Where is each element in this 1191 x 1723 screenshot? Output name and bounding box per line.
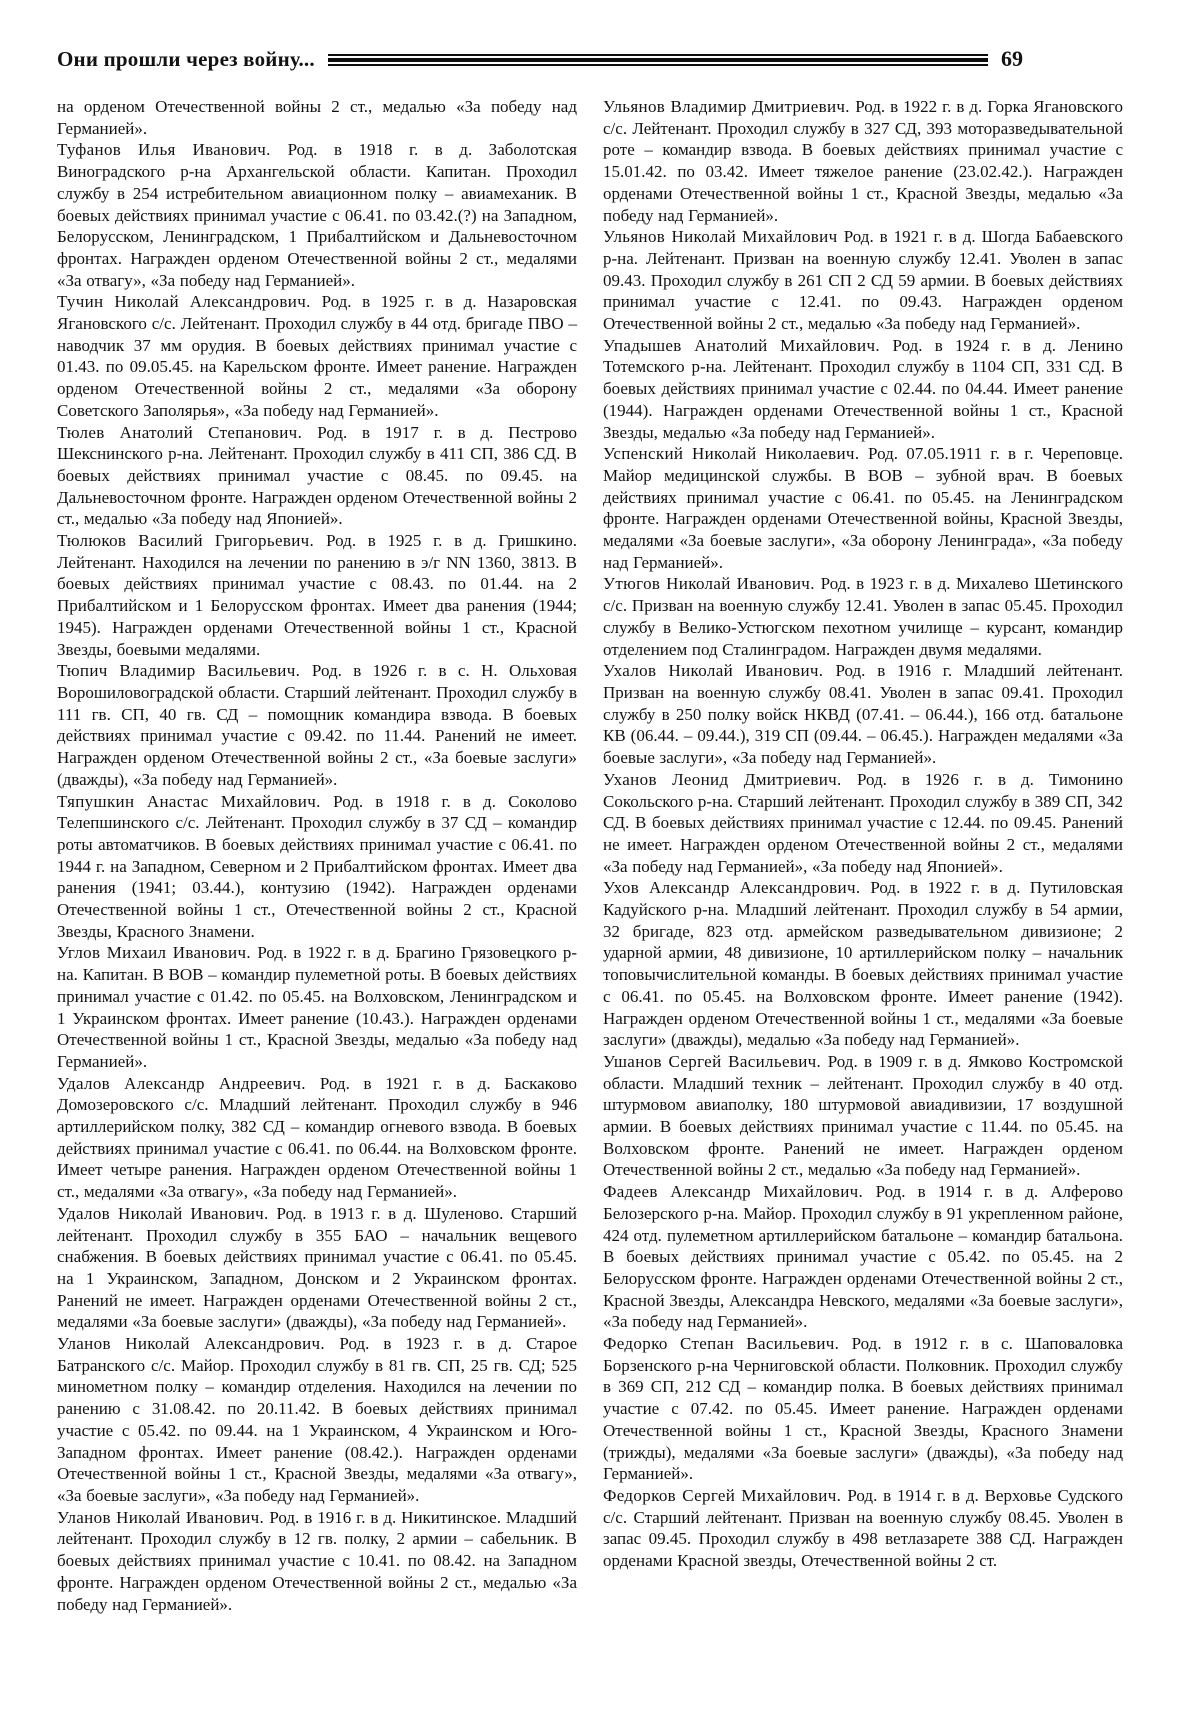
veteran-entry: Уханов Леонид Дмитриевич. Род. в 1926 г.… bbox=[603, 769, 1123, 878]
veteran-name: Ухов Александр Александрович. bbox=[603, 878, 870, 897]
running-title: Они прошли через войну... bbox=[57, 47, 315, 72]
veteran-entry: Тучин Николай Александрович. Род. в 1925… bbox=[57, 291, 577, 421]
veteran-entry: Тяпушкин Анастас Михайлович. Род. в 1918… bbox=[57, 791, 577, 943]
right-column: Ульянов Владимир Дмитриевич. Род. в 1922… bbox=[603, 96, 1123, 1615]
veteran-name: Федорко Степан Васильевич. bbox=[603, 1334, 852, 1353]
veteran-name: Упадышев Анатолий Михайлович. bbox=[603, 336, 893, 355]
veteran-entry: Углов Михаил Иванович. Род. в 1922 г. в … bbox=[57, 942, 577, 1072]
veteran-entry: Ухалов Николай Иванович. Род. в 1916 г. … bbox=[603, 660, 1123, 769]
veteran-entry: Ушанов Сергей Васильевич. Род. в 1909 г.… bbox=[603, 1051, 1123, 1181]
veteran-name: Уханов Леонид Дмитриевич. bbox=[603, 770, 857, 789]
veteran-name: Утюгов Николай Иванович. bbox=[603, 574, 821, 593]
veteran-name: Тучин Николай Александрович. bbox=[57, 292, 322, 311]
veteran-entry: Удалов Александр Андреевич. Род. в 1921 … bbox=[57, 1073, 577, 1203]
veteran-name: Ульянов Владимир Дмитриевич. bbox=[603, 97, 855, 116]
text-columns: на орденом Отечественной войны 2 ст., ме… bbox=[57, 96, 1130, 1615]
veteran-entry: Туфанов Илья Иванович. Род. в 1918 г. в … bbox=[57, 139, 577, 291]
veteran-name: Тюлев Анатолий Степанович. bbox=[57, 423, 317, 442]
book-page: Они прошли через войну... 69 на орденом … bbox=[0, 0, 1191, 1723]
veteran-entry: Ухов Александр Александрович. Род. в 192… bbox=[603, 877, 1123, 1051]
veteran-entry: Федорко Степан Васильевич. Род. в 1912 г… bbox=[603, 1333, 1123, 1485]
veteran-entry: Утюгов Николай Иванович. Род. в 1923 г. … bbox=[603, 573, 1123, 660]
veteran-entry: Тюлюков Василий Григорьевич. Род. в 1925… bbox=[57, 530, 577, 660]
veteran-entry: Ульянов Владимир Дмитриевич. Род. в 1922… bbox=[603, 96, 1123, 226]
veteran-name: Федорков Сергей Михайлович. bbox=[603, 1486, 847, 1505]
veteran-entry: Тюпич Владимир Васильевич. Род. в 1926 г… bbox=[57, 660, 577, 790]
veteran-name: Фадеев Александр Михайлович. bbox=[603, 1182, 876, 1201]
veteran-name: Тюлюков Василий Григорьевич. bbox=[57, 531, 326, 550]
veteran-entry: Тюлев Анатолий Степанович. Род. в 1917 г… bbox=[57, 422, 577, 531]
veteran-name: Успенский Николай Николаевич. bbox=[603, 444, 868, 463]
page-number: 69 bbox=[1001, 46, 1023, 72]
veteran-name: Уланов Николай Иванович. bbox=[57, 1508, 269, 1527]
veteran-name: Удалов Александр Андреевич. bbox=[57, 1074, 320, 1093]
veteran-name: Углов Михаил Иванович. bbox=[57, 943, 257, 962]
veteran-entry: Удалов Николай Иванович. Род. в 1913 г. … bbox=[57, 1203, 577, 1333]
veteran-name: Туфанов Илья Иванович. bbox=[57, 140, 288, 159]
veteran-entry: Федорков Сергей Михайлович. Род. в 1914 … bbox=[603, 1485, 1123, 1572]
veteran-name: Ульянов Николай Михайлович bbox=[603, 227, 844, 246]
veteran-name: Ухалов Николай Иванович. bbox=[603, 661, 835, 680]
veteran-entry: Ульянов Николай Михайлович Род. в 1921 г… bbox=[603, 226, 1123, 335]
veteran-name: Удалов Николай Иванович. bbox=[57, 1204, 277, 1223]
veteran-entry: Фадеев Александр Михайлович. Род. в 1914… bbox=[603, 1181, 1123, 1333]
veteran-name: Тюпич Владимир Васильевич. bbox=[57, 661, 312, 680]
veteran-name: Тяпушкин Анастас Михайлович. bbox=[57, 792, 333, 811]
veteran-entry: на орденом Отечественной войны 2 ст., ме… bbox=[57, 96, 577, 139]
page-header: Они прошли через войну... 69 bbox=[57, 46, 1023, 72]
veteran-name: Ушанов Сергей Васильевич. bbox=[603, 1052, 828, 1071]
veteran-entry: Уланов Николай Александрович. Род. в 192… bbox=[57, 1333, 577, 1507]
veteran-entry: Успенский Николай Николаевич. Род. 07.05… bbox=[603, 443, 1123, 573]
veteran-name: Уланов Николай Александрович. bbox=[57, 1334, 339, 1353]
veteran-entry: Упадышев Анатолий Михайлович. Род. в 192… bbox=[603, 335, 1123, 444]
veteran-entry: Уланов Николай Иванович. Род. в 1916 г. … bbox=[57, 1507, 577, 1616]
header-rule-divider bbox=[328, 54, 988, 66]
left-column: на орденом Отечественной войны 2 ст., ме… bbox=[57, 96, 577, 1615]
